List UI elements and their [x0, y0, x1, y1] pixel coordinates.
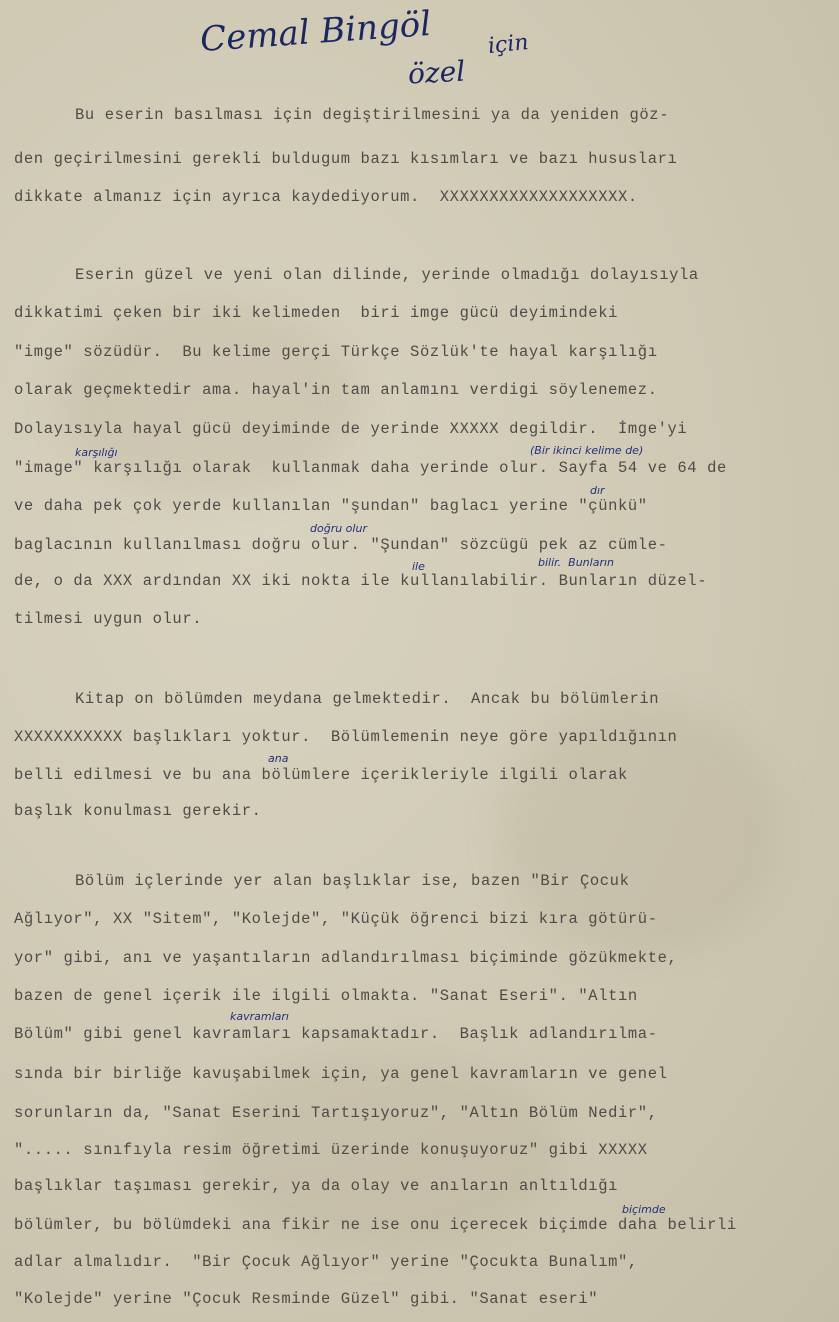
- text-line: belli edilmesi ve bu ana bölümlere içeri…: [14, 766, 628, 784]
- text-line: Eserin güzel ve yeni olan dilinde, yerin…: [75, 266, 699, 284]
- text-line: "image" karşılığı olarak kullanmak daha …: [14, 459, 727, 477]
- text-line: den geçirilmesini gerekli buldugum bazı …: [14, 150, 677, 168]
- handwritten-name: Cemal Bingöl: [199, 4, 432, 60]
- text-line: yor" gibi, anı ve yaşantıların adlandırı…: [14, 949, 677, 967]
- text-line: bölümler, bu bölümdeki ana fikir ne ise …: [14, 1216, 737, 1234]
- handwritten-annotation: bilir. Bunların: [538, 556, 614, 569]
- handwritten-annotation: biçimde: [622, 1203, 666, 1216]
- handwritten-annotation: karşılığı: [75, 446, 118, 459]
- text-line: bazen de genel içerik ile ilgili olmakta…: [14, 987, 638, 1005]
- text-line: dikkate almanız için ayrıca kaydediyorum…: [14, 188, 638, 206]
- handwritten-annotation: ana: [268, 752, 288, 765]
- handwritten-annotation: dır: [590, 484, 605, 497]
- text-line: ve daha pek çok yerde kullanılan "şundan…: [14, 497, 648, 515]
- document-page: Cemal Bingöl için özel Bu eserin basılma…: [0, 0, 839, 1322]
- text-line: Bu eserin basılması için degiştirilmesin…: [75, 106, 669, 124]
- text-line: sorunların da, "Sanat Eserini Tartışıyor…: [14, 1104, 658, 1122]
- text-line: adlar almalıdır. "Bir Çocuk Ağlıyor" yer…: [14, 1253, 638, 1271]
- text-line: "Kolejde" yerine "Çocuk Resminde Güzel" …: [14, 1290, 598, 1308]
- text-line: baglacının kullanılması doğru olur. "Şun…: [14, 536, 668, 554]
- text-line: "imge" sözüdür. Bu kelime gerçi Türkçe S…: [14, 343, 658, 361]
- text-line: tilmesi uygun olur.: [14, 610, 202, 628]
- handwritten-annotation: doğru olur: [310, 522, 367, 535]
- handwritten-annotation: (Bir ikinci kelime de): [530, 444, 643, 457]
- text-line: de, o da XXX ardından XX iki nokta ile k…: [14, 572, 707, 590]
- text-line: olarak geçmektedir ama. hayal'in tam anl…: [14, 381, 658, 399]
- text-line: başlıklar taşıması gerekir, ya da olay v…: [14, 1177, 618, 1195]
- text-line: Kitap on bölümden meydana gelmektedir. A…: [75, 690, 659, 708]
- text-line: Dolayısıyla hayal gücü deyiminde de yeri…: [14, 420, 687, 438]
- handwritten-word-ozel: özel: [407, 55, 466, 91]
- text-line: XXXXXXXXXXX başlıkları yoktur. Bölümleme…: [14, 728, 677, 746]
- text-line: Ağlıyor", XX "Sitem", "Kolejde", "Küçük …: [14, 910, 658, 928]
- text-line: "..... sınıfıyla resim öğretimi üzerinde…: [14, 1141, 648, 1159]
- handwritten-word-icin: için: [487, 30, 530, 59]
- text-line: başlık konulması gerekir.: [14, 802, 262, 820]
- text-line: dikkatimi çeken bir iki kelimeden biri i…: [14, 304, 618, 322]
- text-line: Bölüm" gibi genel kavramları kapsamaktad…: [14, 1025, 658, 1043]
- handwritten-annotation: ile: [412, 560, 425, 573]
- text-line: sında bir birliğe kavuşabilmek için, ya …: [14, 1065, 668, 1083]
- handwritten-annotation: kavramları: [230, 1010, 289, 1023]
- text-line: Bölüm içlerinde yer alan başlıklar ise, …: [75, 872, 629, 890]
